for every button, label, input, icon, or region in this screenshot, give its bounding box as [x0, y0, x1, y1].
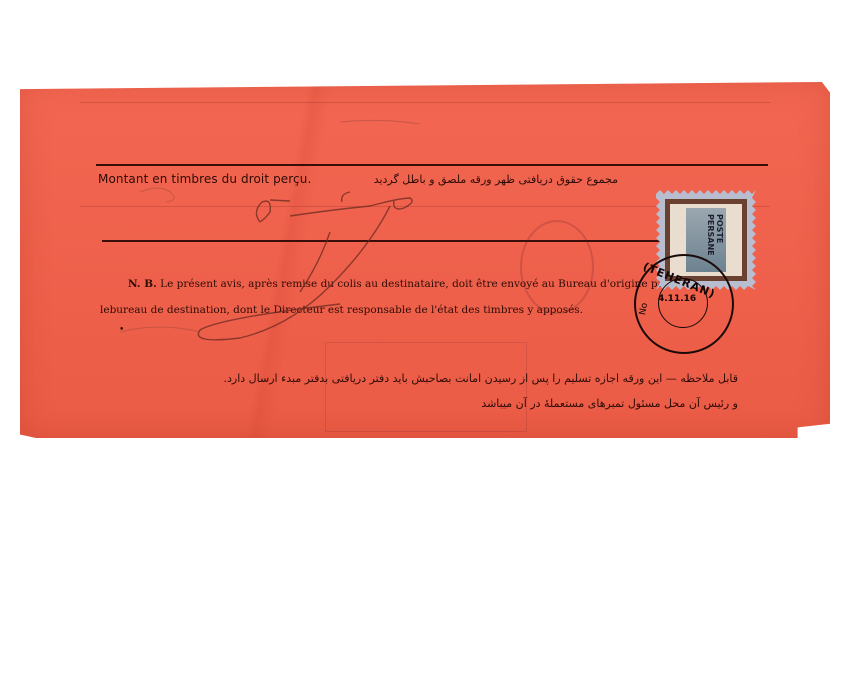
note-fa-line-2: و رئیس آن محل مسئول تمبرهای مستعملهٔ در …: [390, 397, 738, 410]
bullet-mark: •: [119, 325, 124, 335]
note-text: Le présent avis, après remise du colis a…: [160, 278, 669, 290]
note-fa-line-1: قابل ملاحظه — این ورقه اجازه تسلیم را پس…: [98, 372, 738, 385]
bottom-rule: [102, 240, 742, 242]
teheran-postmark: (TEHERAN) No 4.11.16: [634, 254, 734, 354]
note-fr-line-1: N. B. Le présent avis, après remise du c…: [128, 278, 669, 290]
faded-box-print: [325, 342, 527, 432]
note-prefix: N. B.: [128, 278, 157, 290]
postmark-date: 4.11.16: [658, 294, 696, 304]
header-label-fr: Montant en timbres du droit perçu.: [98, 172, 311, 186]
postmark-number-label: No: [638, 302, 650, 316]
note-fr-line-2: lebureau de destination, dont le Directe…: [100, 304, 583, 316]
parcel-receipt-document: Montant en timbres du droit perçu. مجموع…: [20, 82, 830, 438]
faint-guide-line: [80, 102, 770, 103]
faded-postmark: [520, 220, 594, 314]
top-rule: [96, 164, 768, 166]
header-label-fa: مجموع حقوق دریافتی ظهر ورقه ملصق و باطل …: [338, 173, 618, 186]
